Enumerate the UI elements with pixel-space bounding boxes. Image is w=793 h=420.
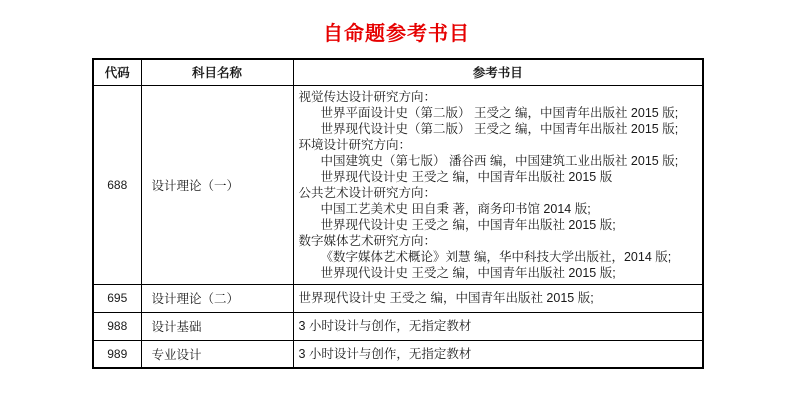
ref-line: 世界现代设计史（第二版） 王受之 编，中国青年出版社 2015 版; — [299, 121, 697, 137]
subject-cell: 专业设计 — [141, 340, 293, 368]
ref-line: 世界现代设计史 王受之 编，中国青年出版社 2015 版 — [299, 169, 697, 185]
references-cell: 3 小时设计与创作，无指定教材 — [293, 312, 703, 340]
code-cell: 988 — [93, 312, 141, 340]
header-reference-books: 参考书目 — [293, 59, 703, 85]
ref-line: 《数字媒体艺术概论》刘慧 编，华中科技大学出版社，2014 版; — [299, 249, 697, 265]
ref-line: 世界现代设计史 王受之 编，中国青年出版社 2015 版; — [299, 290, 697, 306]
ref-line: 中国建筑史（第七版） 潘谷西 编，中国建筑工业出版社 2015 版; — [299, 153, 697, 169]
subject-cell: 设计理论（二） — [141, 284, 293, 312]
references-cell: 世界现代设计史 王受之 编，中国青年出版社 2015 版; — [293, 284, 703, 312]
header-code: 代码 — [93, 59, 141, 85]
ref-line: 世界现代设计史 王受之 编，中国青年出版社 2015 版; — [299, 265, 697, 281]
page-title: 自命题参考书目 — [0, 17, 793, 46]
table-row-989: 989 专业设计 3 小时设计与创作，无指定教材 — [93, 340, 703, 368]
subject-cell: 设计理论（一） — [141, 85, 293, 284]
reference-book-table: 代码 科目名称 参考书目 688 设计理论（一） 视觉传达设计研究方向： 世界平… — [92, 58, 704, 369]
ref-line: 3 小时设计与创作，无指定教材 — [299, 346, 697, 362]
ref-line: 公共艺术设计研究方向： — [299, 185, 697, 201]
ref-line: 世界现代设计史 王受之 编，中国青年出版社 2015 版; — [299, 217, 697, 233]
ref-line: 世界平面设计史（第二版） 王受之 编，中国青年出版社 2015 版; — [299, 105, 697, 121]
table-header-row: 代码 科目名称 参考书目 — [93, 59, 703, 85]
table-row-988: 988 设计基础 3 小时设计与创作，无指定教材 — [93, 312, 703, 340]
references-cell: 视觉传达设计研究方向： 世界平面设计史（第二版） 王受之 编，中国青年出版社 2… — [293, 85, 703, 284]
ref-line: 环境设计研究方向： — [299, 137, 697, 153]
ref-line: 3 小时设计与创作，无指定教材 — [299, 318, 697, 334]
table-row-688: 688 设计理论（一） 视觉传达设计研究方向： 世界平面设计史（第二版） 王受之… — [93, 85, 703, 284]
ref-line: 数字媒体艺术研究方向： — [299, 233, 697, 249]
table-row-695: 695 设计理论（二） 世界现代设计史 王受之 编，中国青年出版社 2015 版… — [93, 284, 703, 312]
subject-cell: 设计基础 — [141, 312, 293, 340]
code-cell: 989 — [93, 340, 141, 368]
code-cell: 688 — [93, 85, 141, 284]
references-cell: 3 小时设计与创作，无指定教材 — [293, 340, 703, 368]
code-cell: 695 — [93, 284, 141, 312]
ref-line: 视觉传达设计研究方向： — [299, 89, 697, 105]
ref-line: 中国工艺美术史 田自秉 著，商务印书馆 2014 版; — [299, 201, 697, 217]
header-subject-name: 科目名称 — [141, 59, 293, 85]
